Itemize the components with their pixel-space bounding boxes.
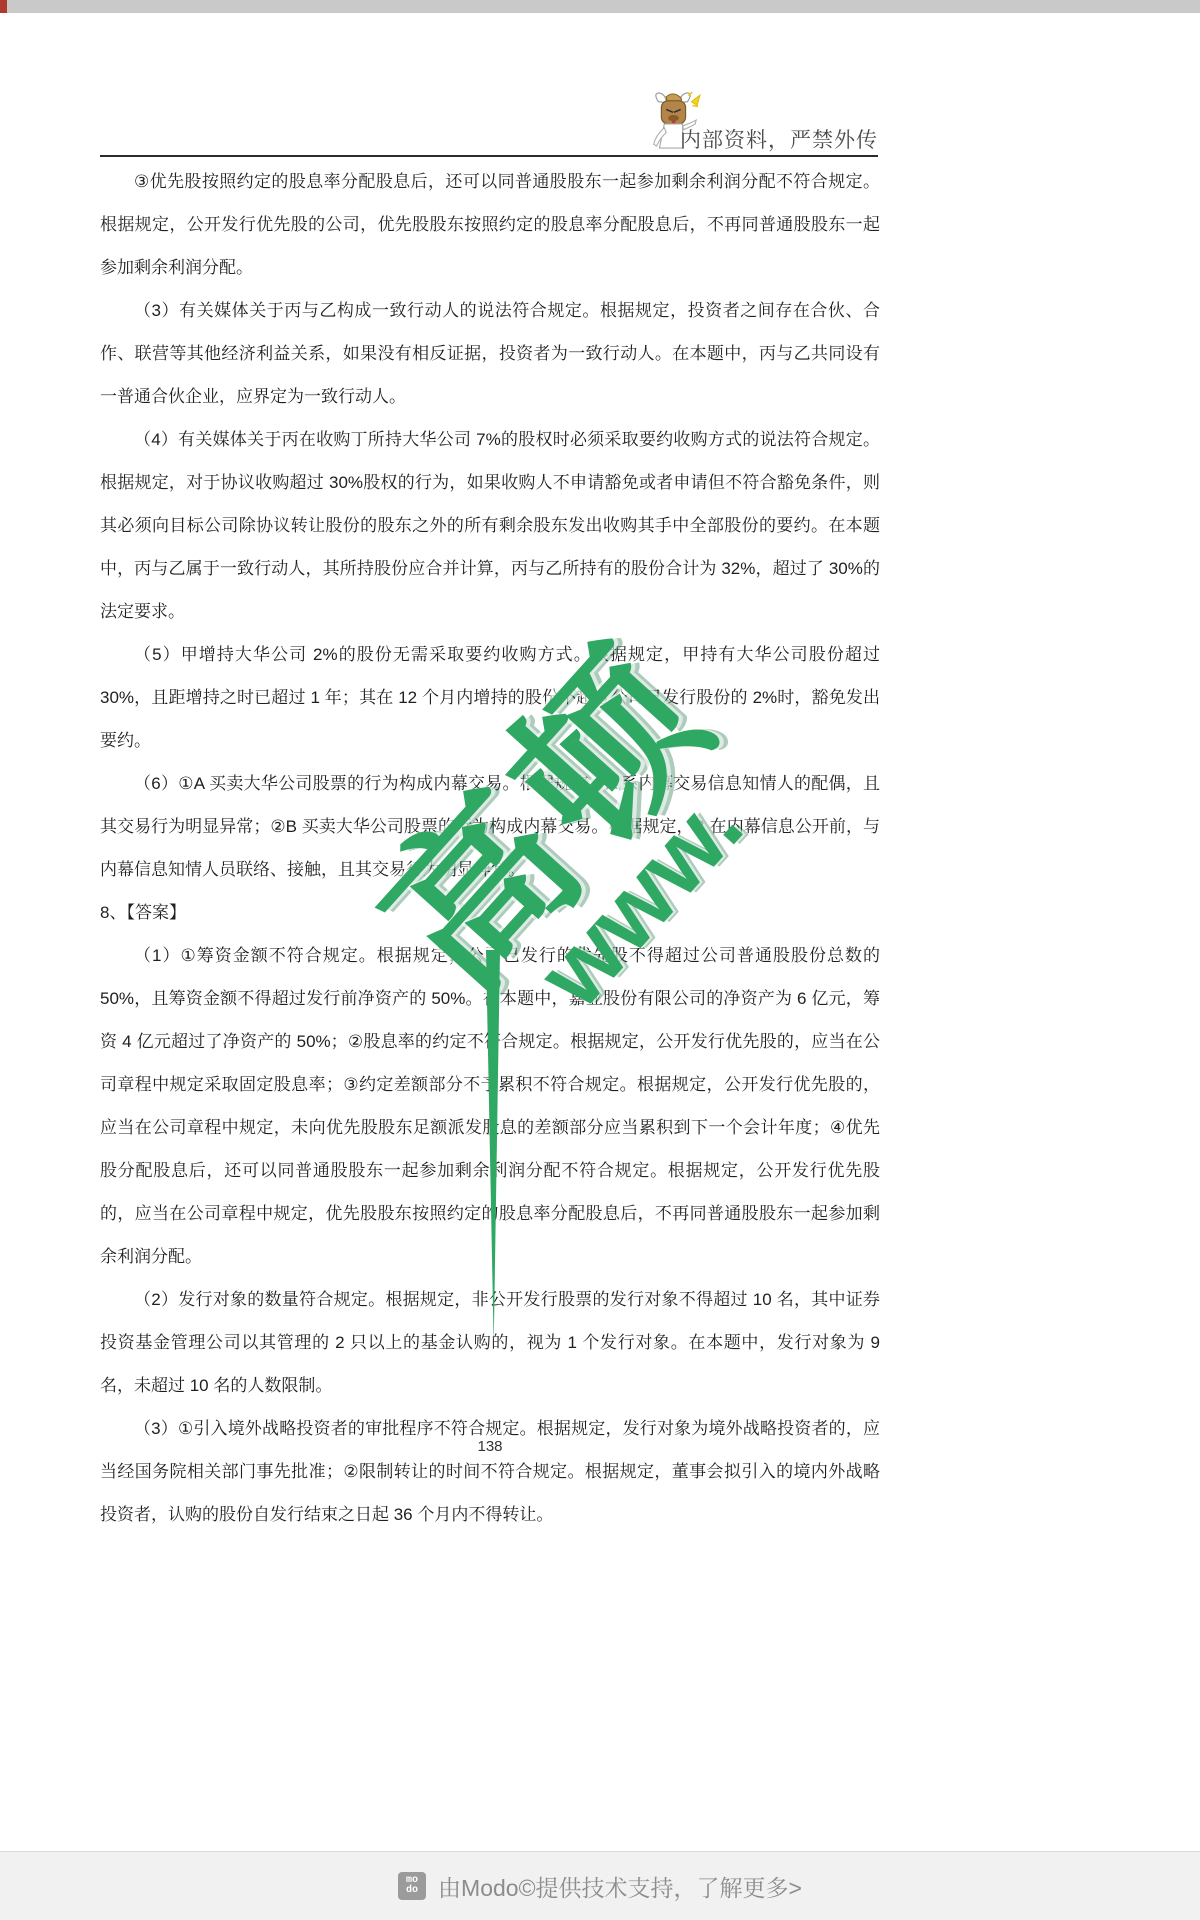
paragraph: （1）①筹资金额不符合规定。根据规定，公司已发行的优先股不得超过公司普通股股份总… [100, 934, 880, 1278]
paragraph: （3）①引入境外战略投资者的审批程序不符合规定。根据规定，发行对象为境外战略投资… [100, 1407, 880, 1536]
document-body: ③优先股按照约定的股息率分配股息后，还可以同普通股股东一起参加剩余利润分配不符合… [100, 160, 880, 1536]
modo-logo-text-bottom: do [406, 1886, 418, 1896]
top-strip-accent [0, 0, 7, 13]
page-number: 138 [100, 1438, 880, 1455]
paragraph: （3）有关媒体关于丙与乙构成一致行动人的说法符合规定。根据规定，投资者之间存在合… [100, 289, 880, 418]
paragraph: （4）有关媒体关于丙在收购丁所持大华公司 7%的股权时必须采取要约收购方式的说法… [100, 418, 880, 633]
top-strip [0, 0, 1200, 13]
answer-heading: 8、【答案】 [100, 891, 880, 934]
header-divider [100, 155, 878, 157]
paragraph: （2）发行对象的数量符合规定。根据规定，非公开发行股票的发行对象不得超过 10 … [100, 1278, 880, 1407]
confidential-slogan: 内部资料，严禁外传 [100, 124, 878, 154]
footer-link[interactable]: 由Modo©提供技术支持，了解更多> [438, 1870, 802, 1903]
paragraph: ③优先股按照约定的股息率分配股息后，还可以同普通股股东一起参加剩余利润分配不符合… [100, 160, 880, 289]
paragraph: （6）①A 买卖大华公司股票的行为构成内幕交易。根据规定，A 系内幕交易信息知情… [100, 762, 880, 891]
paragraph: （5）甲增持大华公司 2%的股份无需采取要约收购方式。根据规定，甲持有大华公司股… [100, 633, 880, 762]
footer-bar: mo do 由Modo©提供技术支持，了解更多> [0, 1851, 1200, 1920]
modo-logo-icon: mo do [398, 1872, 426, 1900]
